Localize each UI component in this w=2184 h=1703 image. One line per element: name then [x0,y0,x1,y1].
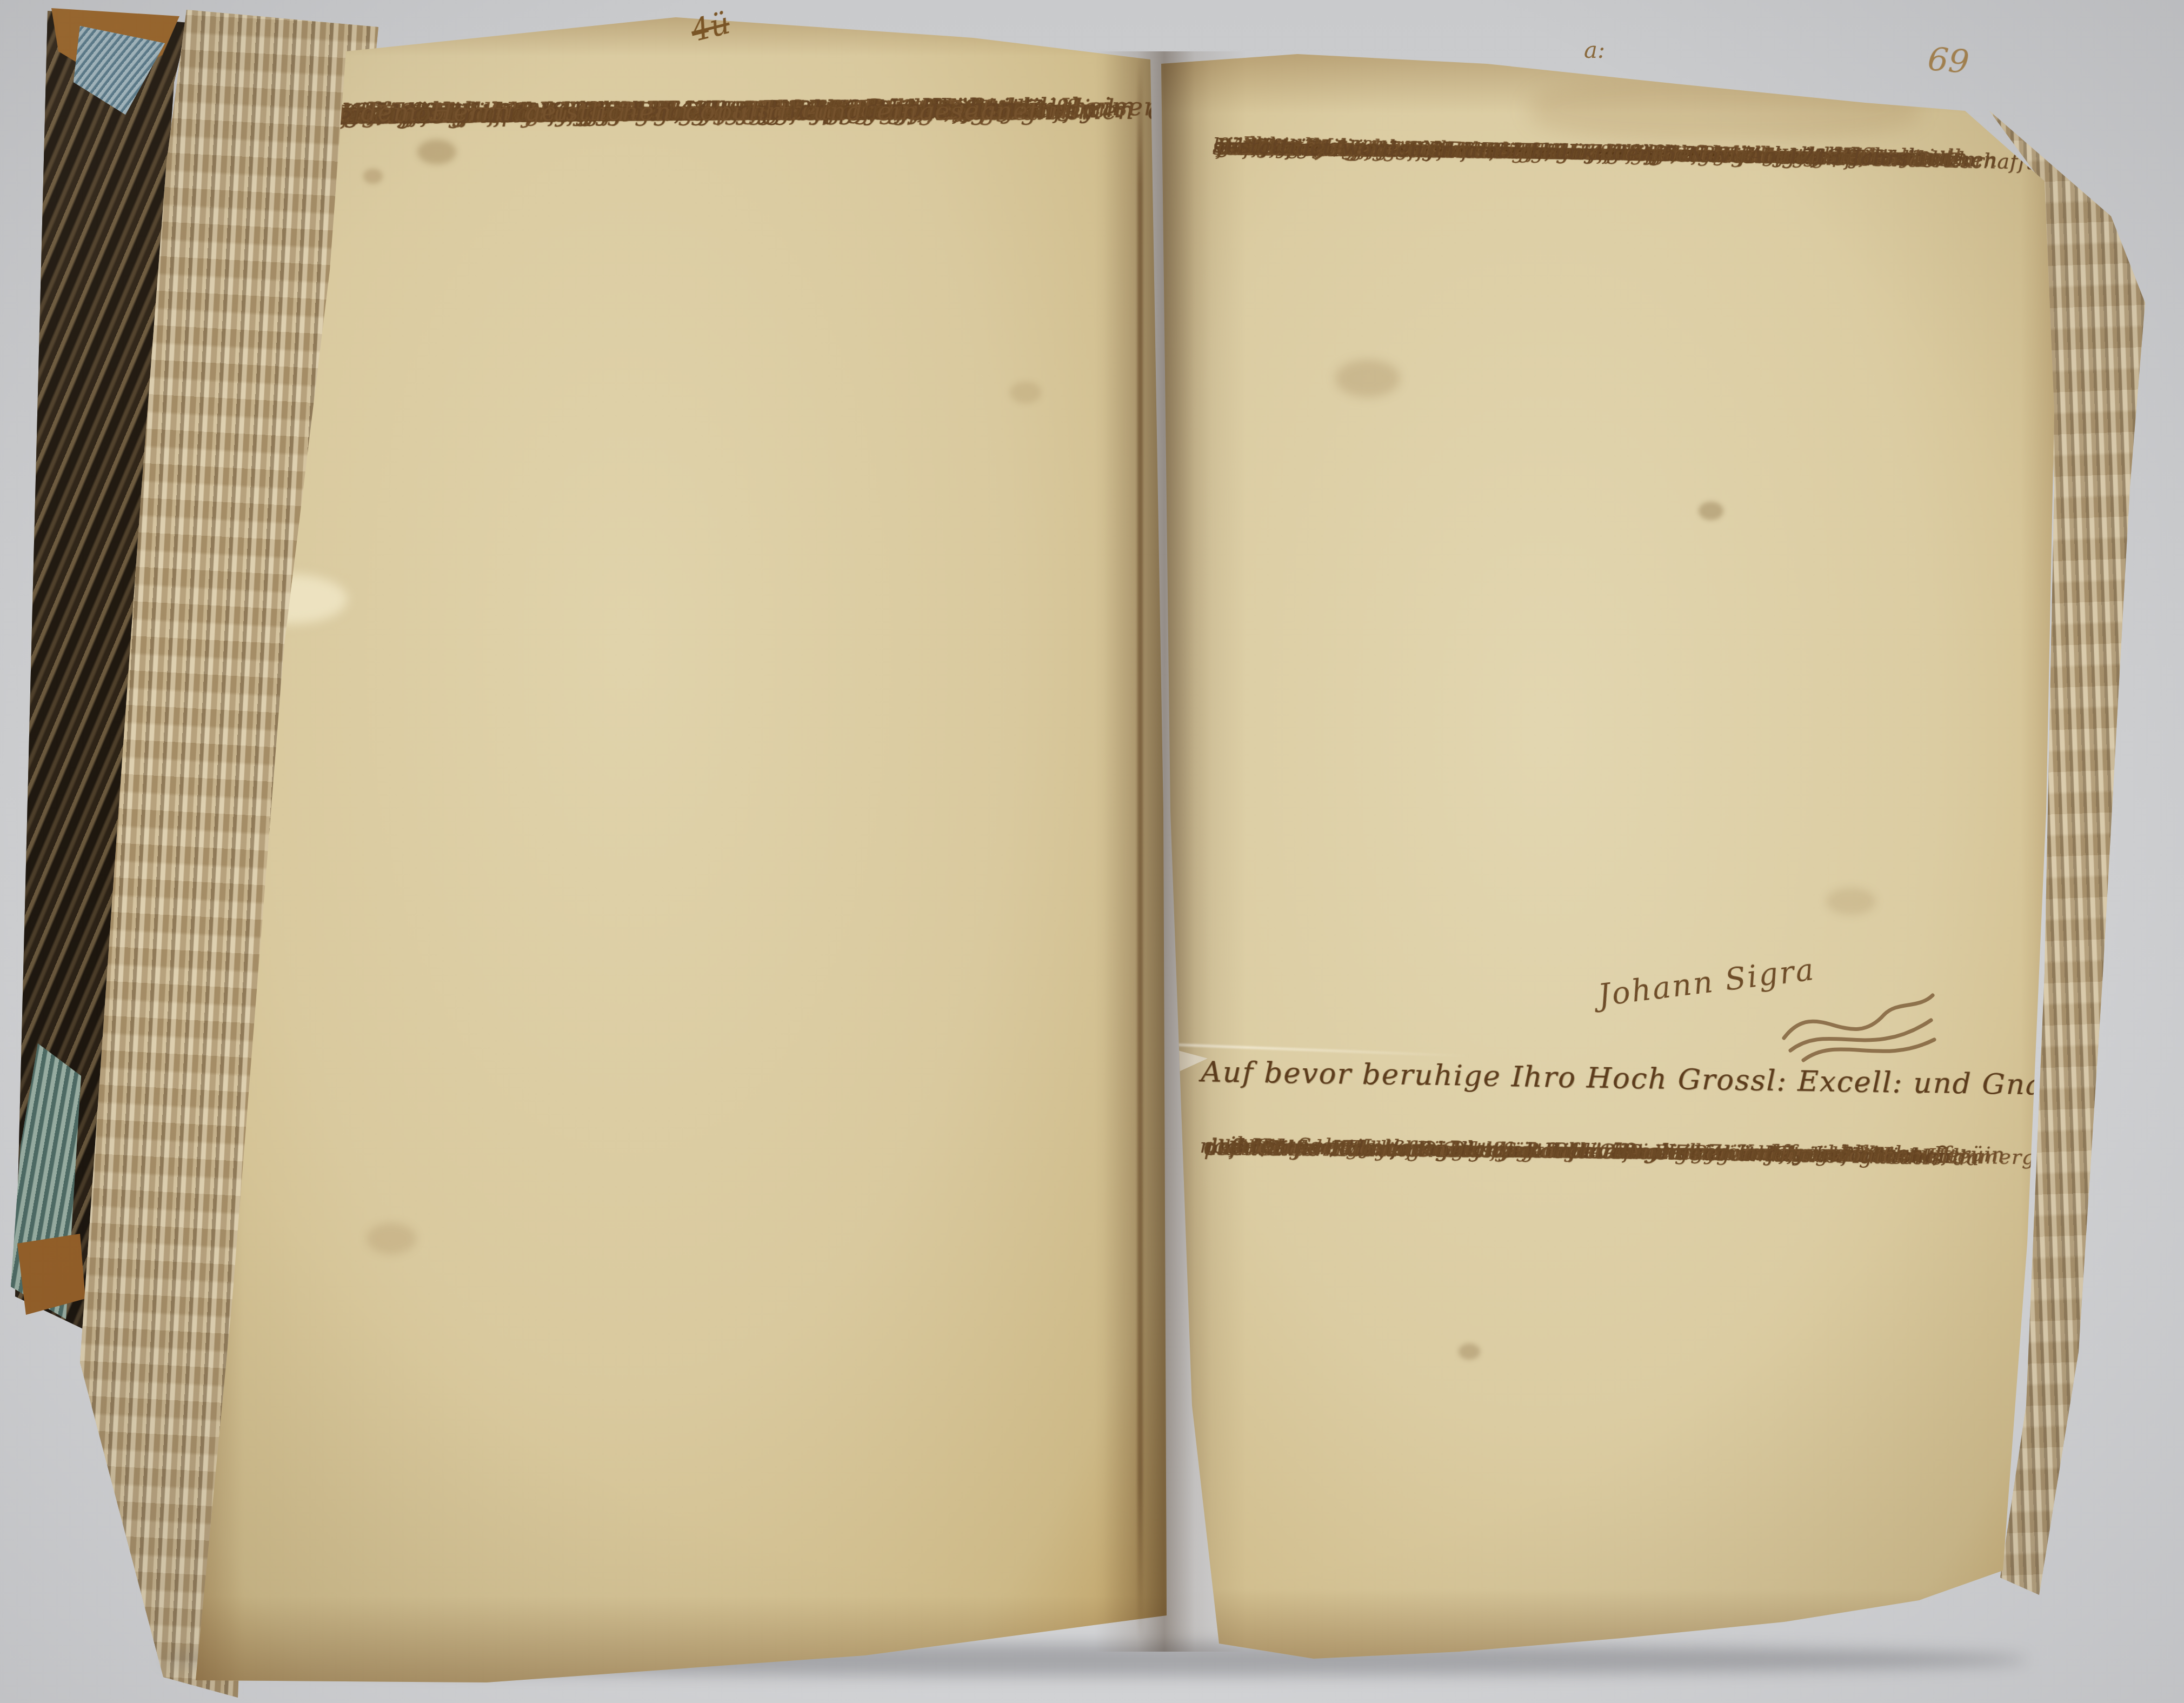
right-page-edge-toning [1157,49,2076,1671]
folio-number: 69 [1926,41,1970,82]
recto-folio-mark: a: [1584,37,1605,63]
right-page: Wobey in reiffer betrachtung, daß der Me… [1157,49,2076,1671]
manuscript-line: durch dem Herrn geistlichen copulirt: un… [269,88,1040,136]
signature-flourish-icon [1779,987,1941,1073]
left-page: Zur künfftiger Schreiblichkeit und folgl… [184,5,1173,1698]
gutter-shadow [1095,51,1246,1652]
left-page-edge-toning [184,5,1173,1698]
manuscript-line: daselbsten Kalchofen genannt mit völlige… [1204,1122,1886,1179]
gutter-crease [1137,59,1143,1638]
photo-backdrop: Zur künfftiger Schreiblichkeit und folgl… [0,0,2184,1703]
